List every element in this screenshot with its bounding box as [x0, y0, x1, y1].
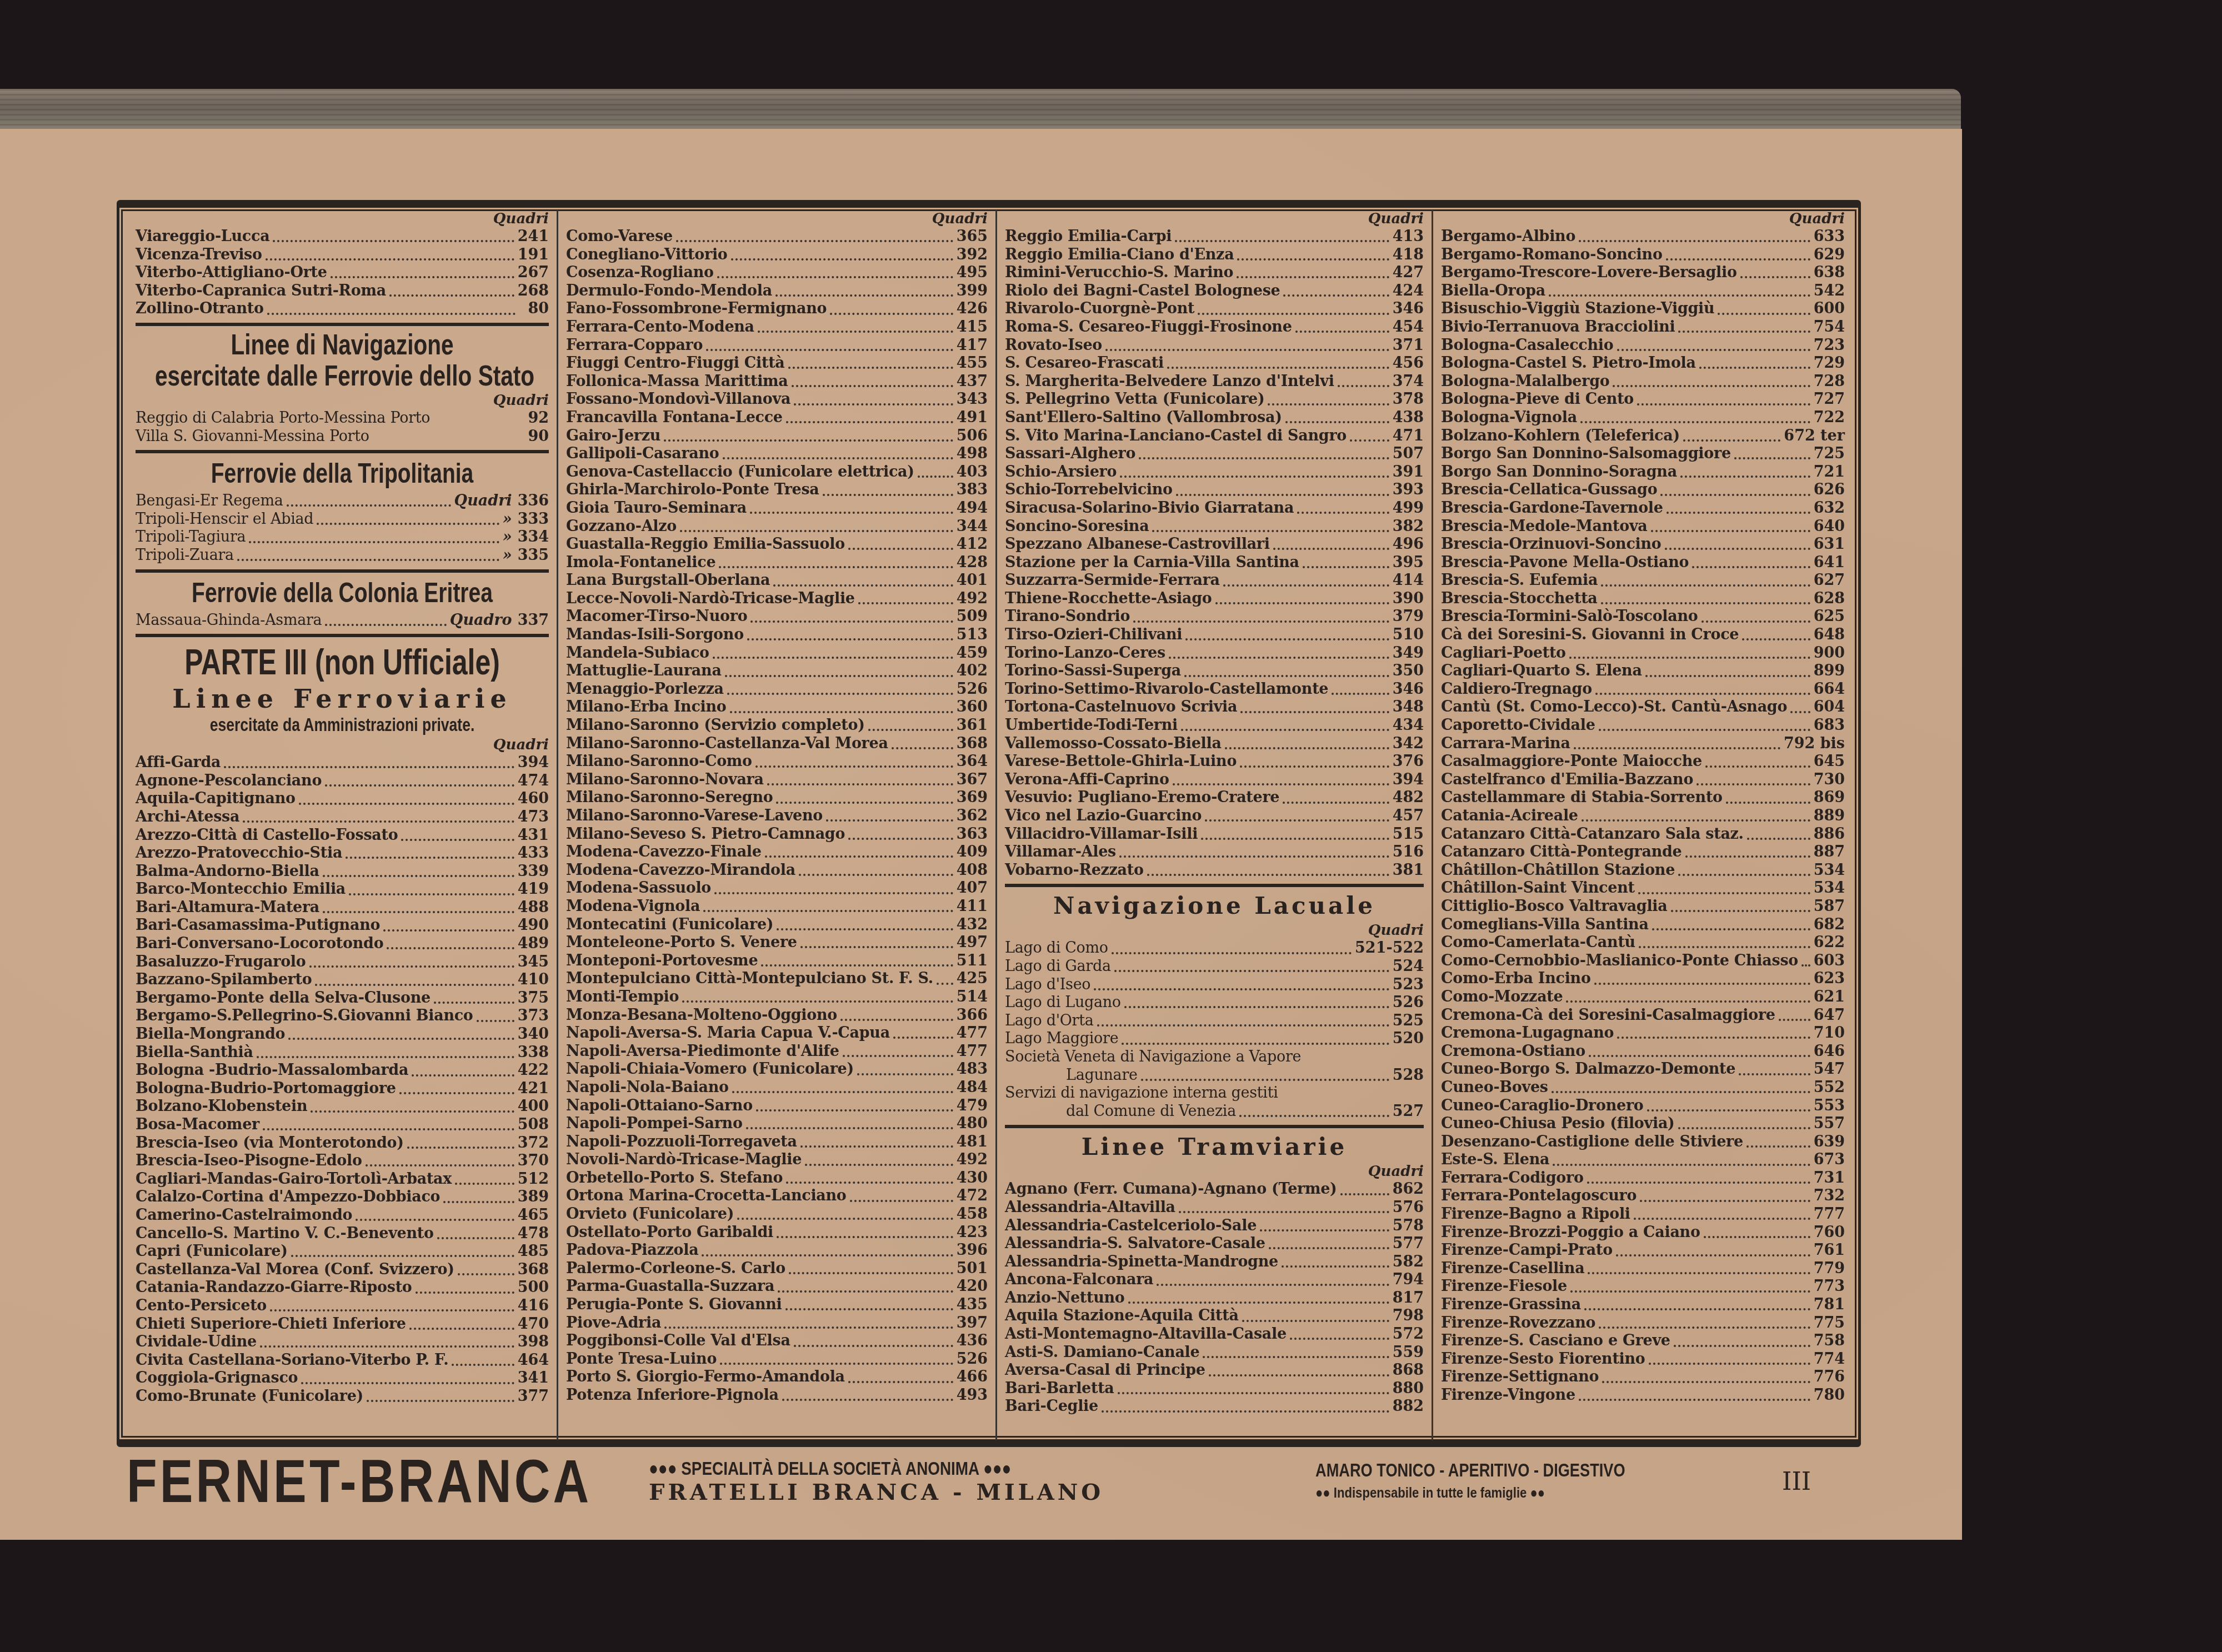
route-name: Montepulciano Città-Montepulciano St. F.…	[566, 970, 933, 988]
table-number: 868	[1393, 1361, 1424, 1380]
route-name: Roma-S. Cesareo-Fiuggi-Frosinone	[1005, 318, 1292, 337]
leader-dots	[409, 1328, 514, 1330]
index-entry: Poggibonsi-Colle Val d'Elsa436	[566, 1332, 988, 1350]
section-title-navigazione-lacuale: Navigazione Lacuale	[1005, 890, 1424, 922]
table-number: 335	[518, 547, 549, 565]
route-name: Bivio-Terranuova Bracciolini	[1441, 318, 1675, 337]
route-name: Tirano-Sondrio	[1005, 608, 1130, 626]
route-name: Catania-Acireale	[1441, 807, 1578, 825]
route-name: Dermulo-Fondo-Mendola	[566, 282, 772, 301]
route-name: Modena-Sassuolo	[566, 879, 711, 898]
table-number: 416	[518, 1297, 549, 1315]
table-number: 397	[957, 1314, 988, 1333]
table-number: 393	[1393, 481, 1424, 499]
route-name: Vallemosso-Cossato-Biella	[1005, 735, 1222, 753]
route-name: Sant'Ellero-Saltino (Vallombrosa)	[1005, 409, 1282, 427]
leader-dots	[311, 1110, 514, 1113]
table-number: 437	[957, 373, 988, 391]
leader-dots	[452, 1364, 514, 1366]
index-entry: Basaluzzo-Frugarolo345	[136, 953, 549, 972]
leader-dots	[868, 729, 953, 731]
index-entry: Rovato-Iseo371	[1005, 337, 1424, 355]
route-name: Caporetto-Cividale	[1441, 717, 1595, 735]
quadri-header: Quadri	[1005, 1163, 1424, 1180]
route-name: Genova-Castellaccio (Funicolare elettric…	[566, 463, 914, 482]
index-entry: Brescia-Gardone-Tavernole632	[1441, 499, 1845, 518]
leader-dots	[1268, 403, 1389, 406]
index-entry: Torino-Lanzo-Ceres349	[1005, 644, 1424, 663]
route-name: Brescia-Iseo-Pisogne-Edolo	[136, 1152, 362, 1170]
index-entry: Civita Castellana-Soriano-Viterbo P. F.4…	[136, 1351, 549, 1370]
table-number: 430	[957, 1169, 988, 1188]
index-entry: Vobarno-Rezzato381	[1005, 862, 1424, 880]
route-name: Società Veneta di Navigazione a Vapore	[1005, 1048, 1301, 1067]
index-entry: Cancello-S. Martino V. C.-Benevento478	[136, 1225, 549, 1243]
leader-dots	[1617, 1037, 1810, 1039]
table-number: 346	[1393, 300, 1424, 318]
leader-dots	[892, 747, 953, 749]
route-name: Aquila Stazione-Aquila Città	[1005, 1307, 1239, 1325]
index-entry: Porto S. Giorgio-Fermo-Amandola466	[566, 1368, 988, 1386]
leader-dots	[309, 965, 514, 968]
leader-dots	[267, 313, 516, 315]
route-name: Ferrara-Copparo	[566, 337, 703, 355]
index-entry: Villa S. Giovanni-Messina Porto90	[136, 428, 549, 446]
leader-dots	[1739, 1073, 1810, 1075]
index-entry: Châtillon-Châtillon Stazione534	[1441, 862, 1845, 880]
leader-dots	[366, 1164, 514, 1167]
route-name: Bergamo-Ponte della Selva-Clusone	[136, 989, 431, 1008]
leader-dots	[848, 838, 953, 840]
table-number: 627	[1814, 572, 1845, 590]
index-entry: Bologna-Vignola722	[1441, 409, 1845, 427]
route-name: Cantù (St. Como-Lecco)-St. Cantù-Asnago	[1441, 698, 1787, 717]
index-entry: Camerino-Castelraimondo465	[136, 1207, 549, 1225]
table-number: 754	[1814, 318, 1845, 337]
index-entry: Cuneo-Boves552	[1441, 1079, 1845, 1097]
leader-dots	[858, 602, 953, 604]
leader-dots	[1240, 765, 1389, 768]
index-entry: Archi-Atessa473	[136, 808, 549, 827]
table-number: 491	[957, 409, 988, 427]
route-name: Torino-Sassi-Superga	[1005, 662, 1181, 680]
index-entry: Milano-Saronno-Como364	[566, 753, 988, 771]
index-entry: Coggiola-Grignasco341	[136, 1369, 549, 1388]
table-number: 488	[518, 899, 549, 917]
index-entry: Lago di Lugano526	[1005, 994, 1424, 1012]
index-entry: Napoli-Pozzuoli-Torregaveta481	[566, 1133, 988, 1152]
index-entry: Napoli-Nola-Baiano484	[566, 1079, 988, 1097]
table-number: 672 ter	[1784, 427, 1845, 445]
route-name: Riolo dei Bagni-Castel Bolognese	[1005, 282, 1280, 301]
leader-dots	[1579, 240, 1810, 242]
table-number: 456	[1393, 354, 1424, 373]
index-entry: Rivarolo-Cuorgnè-Pont346	[1005, 300, 1424, 318]
route-name: Cremona-Ostiano	[1441, 1043, 1585, 1061]
table-number: 408	[957, 862, 988, 880]
index-entry: Lana Burgstall-Oberlana401	[566, 572, 988, 590]
table-number: 349	[1393, 644, 1424, 663]
route-name: Bergamo-S.Pellegrino-S.Giovanni Bianco	[136, 1007, 473, 1025]
index-entry: Lago di Garda524	[1005, 958, 1424, 976]
route-name: Cremona-Lugagnano	[1441, 1024, 1614, 1043]
section-divider	[1005, 1125, 1424, 1128]
table-number: 604	[1814, 698, 1845, 717]
route-name: Bologna-Pieve di Cento	[1441, 391, 1634, 409]
table-number: 481	[957, 1133, 988, 1152]
index-entry: Villacidro-Villamar-Isili515	[1005, 825, 1424, 844]
table-number: 528	[1393, 1067, 1424, 1085]
table-number: 340	[518, 1025, 549, 1044]
quadri-header: Quadri	[136, 736, 549, 754]
route-name: Zollino-Otranto	[136, 300, 264, 318]
index-entry: Thiene-Rocchette-Asiago390	[1005, 590, 1424, 608]
route-name: Orbetello-Porto S. Stefano	[566, 1169, 783, 1188]
leader-dots	[1602, 1381, 1810, 1383]
route-name: Villacidro-Villamar-Isili	[1005, 825, 1198, 844]
leader-dots	[785, 1308, 953, 1310]
route-name: Reggio Emilia-Carpi	[1005, 228, 1172, 246]
leader-dots	[401, 839, 514, 841]
route-name: Soncino-Soresina	[1005, 518, 1149, 536]
index-entry: Tripoli-Zuara»335	[136, 547, 549, 565]
leader-dots	[1094, 988, 1389, 990]
table-number: 647	[1814, 1007, 1845, 1025]
leader-dots	[843, 1055, 953, 1057]
index-entry: Verona-Affi-Caprino394	[1005, 771, 1424, 789]
leader-dots	[1201, 838, 1389, 840]
table-number: 682	[1814, 916, 1845, 934]
route-name: Cividale-Udine	[136, 1333, 257, 1351]
leader-dots	[1112, 952, 1352, 954]
index-entry: Vesuvio: Pugliano-Eremo-Cratere482	[1005, 789, 1424, 807]
table-number: 80	[519, 300, 549, 318]
table-number: 334	[518, 528, 549, 547]
table-number: 348	[1393, 698, 1424, 717]
table-number: 723	[1814, 337, 1845, 355]
leader-dots	[416, 1291, 514, 1294]
index-entry: Este-S. Elena673	[1441, 1151, 1845, 1169]
leader-dots	[1680, 475, 1810, 478]
route-name: Cuneo-Borgo S. Dalmazzo-Demonte	[1441, 1060, 1735, 1079]
route-name: Archi-Atessa	[136, 808, 239, 827]
route-name: Como-Varese	[566, 228, 673, 246]
table-number: 434	[1393, 717, 1424, 735]
index-entry: Barco-Montecchio Emilia419	[136, 880, 549, 899]
index-entry: Castellammare di Stabia-Sorrento869	[1441, 789, 1845, 807]
route-name: Châtillon-Saint Vincent	[1441, 879, 1635, 898]
leader-dots	[1747, 838, 1810, 840]
table-number: 381	[1393, 862, 1424, 880]
leader-dots	[1582, 819, 1810, 822]
index-entry: Bazzano-Spilamberto410	[136, 971, 549, 989]
table-number: 403	[957, 463, 988, 482]
index-entry: Lago di Como521-522	[1005, 939, 1424, 958]
leader-dots	[746, 1127, 953, 1129]
leader-dots	[273, 240, 514, 242]
index-entry: Soncino-Soresina382	[1005, 518, 1424, 536]
route-name: Firenze-Sesto Fiorentino	[1441, 1350, 1645, 1369]
table-number: 458	[957, 1205, 988, 1224]
leader-dots	[1225, 747, 1389, 749]
index-entry: Brescia-Tormini-Salò-Toscolano625	[1441, 608, 1845, 626]
quadri-header: Quadri	[136, 392, 549, 409]
route-name: Macomer-Tirso-Nuoro	[566, 608, 747, 626]
table-number: 641	[1814, 554, 1845, 572]
leader-dots	[800, 1145, 953, 1148]
leader-dots	[1638, 892, 1810, 894]
route-name: Bari-Altamura-Matera	[136, 899, 319, 917]
index-entry: Chieti Superiore-Chieti Inferiore470	[136, 1315, 549, 1334]
index-entry: Ostellato-Porto Garibaldi423	[566, 1224, 988, 1242]
table-number: 413	[1393, 228, 1424, 246]
route-name: Varese-Bettole-Ghirla-Luino	[1005, 753, 1237, 771]
route-name: Lago di Lugano	[1005, 994, 1121, 1012]
leader-dots	[1640, 1200, 1810, 1202]
table-number: 369	[957, 789, 988, 807]
table-number: 407	[957, 879, 988, 898]
index-entry: Orbetello-Porto S. Stefano430	[566, 1169, 988, 1188]
leader-dots	[664, 1326, 953, 1329]
table-number: 577	[1393, 1235, 1424, 1253]
table-number: 499	[1393, 499, 1424, 518]
table-number: 776	[1814, 1368, 1845, 1386]
table-number: 400	[518, 1098, 549, 1116]
index-entry: Vallemosso-Cossato-Biella342	[1005, 735, 1424, 753]
leader-dots	[1746, 1145, 1810, 1148]
ad-line-specialita: ●●● SPECIALITÀ DELLA SOCIETÀ ANONIMA ●●●	[649, 1458, 1195, 1480]
leader-dots	[1699, 367, 1810, 369]
route-name: Como-Erba Incino	[1441, 970, 1591, 988]
table-number: 526	[957, 680, 988, 699]
route-name: Bisuschio-Viggiù Stazione-Viggiù	[1441, 300, 1714, 318]
leader-dots	[1114, 970, 1389, 972]
table-number: 374	[1393, 373, 1424, 391]
index-entry: Brescia-Iseo-Pisogne-Edolo370	[136, 1152, 549, 1170]
leader-dots	[1303, 566, 1389, 568]
section-divider	[136, 569, 549, 573]
index-entry: Desenzano-Castiglione delle Stiviere639	[1441, 1133, 1845, 1152]
quadri-ref-label: Quadri	[454, 492, 512, 510]
index-entry: Bengasi-Er RegemaQuadri336	[136, 492, 549, 510]
route-name: Anzio-Nettuno	[1005, 1289, 1125, 1308]
route-name: Bolzano-Klobenstein	[136, 1098, 307, 1116]
index-entry: Tirano-Sondrio379	[1005, 608, 1424, 626]
leader-dots	[761, 964, 953, 967]
table-number: 344	[957, 518, 988, 536]
leader-dots	[1678, 331, 1810, 333]
route-name: Como-Camerlata-Cantù	[1441, 934, 1635, 952]
index-entry: Cremona-Cà dei Soresini-Casalmaggiore647	[1441, 1007, 1845, 1025]
leader-dots	[1692, 566, 1810, 568]
table-number: 392	[957, 246, 988, 264]
leader-dots	[455, 1183, 514, 1185]
index-entry: Firenze-Grassina781	[1441, 1296, 1845, 1314]
route-name: Bari-Barletta	[1005, 1380, 1114, 1398]
table-number: 438	[1393, 409, 1424, 427]
index-entry: Modena-Vignola411	[566, 898, 988, 916]
index-entry: Bari-Casamassima-Putignano490	[136, 917, 549, 935]
index-entry: Modena-Sassuolo407	[566, 879, 988, 898]
leader-dots	[1665, 548, 1810, 550]
leader-dots	[1237, 276, 1389, 278]
leader-dots	[937, 983, 953, 985]
index-entry: Catania-Acireale889	[1441, 807, 1845, 825]
table-number: 390	[1393, 590, 1424, 608]
route-name: Napoli-Chiaia-Vomero (Funicolare)	[566, 1060, 854, 1079]
leader-dots	[1652, 928, 1810, 930]
table-number: 473	[518, 808, 549, 827]
table-number: 268	[518, 282, 549, 301]
route-name: Servizi di navigazione interna gestiti	[1005, 1084, 1278, 1103]
leader-dots	[1701, 620, 1810, 623]
table-number: 886	[1814, 825, 1845, 844]
index-entry: Ferrara-Codigoro731	[1441, 1169, 1845, 1188]
leader-dots	[1579, 1399, 1810, 1401]
index-entry: Milano-Saronno-Novara367	[566, 771, 988, 789]
table-number: 427	[1393, 264, 1424, 282]
index-entry: Firenze-Casellina779	[1441, 1260, 1845, 1278]
table-number: 633	[1814, 228, 1845, 246]
table-number: 600	[1814, 300, 1845, 318]
index-entry: Suzzarra-Sermide-Ferrara414	[1005, 572, 1424, 590]
index-entry: Cremona-Lugagnano710	[1441, 1024, 1845, 1043]
route-name: Lago d'Iseo	[1005, 976, 1090, 994]
index-entry: Fano-Fossombrone-Fermignano426	[566, 300, 988, 318]
table-number: 422	[518, 1062, 549, 1080]
index-entry: Mandela-Subiaco459	[566, 644, 988, 663]
leader-dots	[412, 1074, 514, 1077]
leader-dots	[1742, 638, 1810, 640]
leader-dots	[773, 584, 953, 587]
leader-dots	[1240, 711, 1389, 713]
table-number: 524	[1393, 958, 1424, 976]
table-number: 432	[957, 916, 988, 934]
table-number: 417	[957, 337, 988, 355]
index-entry: S. Cesareo-Frascati456	[1005, 354, 1424, 373]
index-entry: Firenze-Bagno a Ripoli777	[1441, 1205, 1845, 1224]
route-name: Guastalla-Reggio Emilia-Sassuolo	[566, 535, 845, 554]
table-number: 336	[518, 492, 549, 510]
leader-dots	[1173, 783, 1389, 785]
route-name: Menaggio-Porlezza	[566, 680, 724, 699]
leader-dots	[1147, 874, 1389, 876]
table-number: 534	[1814, 862, 1845, 880]
table-number: 490	[518, 917, 549, 935]
index-entry: Castellanza-Val Morea (Conf. Svizzero)36…	[136, 1261, 549, 1279]
leader-dots	[1285, 421, 1389, 423]
table-number: 398	[518, 1333, 549, 1351]
route-name: Sassari-Alghero	[1005, 445, 1135, 463]
leader-dots	[1734, 457, 1810, 459]
leader-dots	[1209, 1374, 1389, 1376]
leader-dots	[387, 947, 514, 949]
index-entry: Potenza Inferiore-Pignola493	[566, 1386, 988, 1405]
leader-dots	[719, 566, 953, 568]
route-name: Alessandria-Spinetta-Mandrogne	[1005, 1253, 1278, 1271]
leader-dots	[717, 276, 953, 278]
index-entry: Parma-Guastalla-Suzzara420	[566, 1278, 988, 1296]
ad-line-indispensabile: ●● Indispensabile in tutte le famiglie ●…	[1315, 1481, 1703, 1504]
route-name: Agnano (Ferr. Cumana)-Agnano (Terme)	[1005, 1180, 1337, 1199]
index-entry: Borgo San Donnino-Soragna721	[1441, 463, 1845, 482]
route-name: Novoli-Nardò-Tricase-Maglie	[566, 1151, 802, 1169]
route-name: Firenze-Brozzi-Poggio a Caiano	[1441, 1224, 1700, 1242]
quadri-ref-label: »	[503, 528, 512, 547]
index-entry: Viterbo-Attigliano-Orte267	[136, 264, 549, 282]
leader-dots	[805, 1164, 953, 1166]
index-entry: Brescia-Medole-Mantova640	[1441, 518, 1845, 536]
route-name: Como-Brunate (Funicolare)	[136, 1388, 363, 1406]
table-number: 727	[1814, 391, 1845, 409]
table-number: 362	[957, 807, 988, 825]
route-name: Ferrara-Codigoro	[1441, 1169, 1584, 1188]
route-name: Padova-Piazzola	[566, 1241, 698, 1260]
index-entry: Piove-Adria397	[566, 1314, 988, 1333]
route-name: Poggibonsi-Colle Val d'Elsa	[566, 1332, 790, 1350]
route-name: Ponte Tresa-Luino	[566, 1350, 717, 1369]
table-number: 760	[1814, 1224, 1845, 1242]
table-number: 496	[1393, 535, 1424, 554]
leader-dots	[792, 385, 953, 387]
route-name: Firenze-Vingone	[1441, 1386, 1575, 1405]
leader-dots	[266, 258, 514, 261]
index-entry: Schio-Arsiero391	[1005, 463, 1424, 482]
table-number: 459	[957, 644, 988, 663]
leader-dots	[1678, 1127, 1810, 1129]
index-entry: Caporetto-Cividale683	[1441, 717, 1845, 735]
route-name: Thiene-Rocchette-Asiago	[1005, 590, 1212, 608]
table-number: 365	[957, 228, 988, 246]
table-number: 501	[957, 1260, 988, 1278]
table-number: 474	[518, 772, 549, 790]
leader-dots	[788, 367, 953, 369]
route-name: Catania-Randazzo-Giarre-Riposto	[136, 1279, 412, 1297]
leader-dots	[237, 559, 499, 561]
table-number: 337	[518, 612, 549, 630]
leader-dots	[1152, 530, 1389, 532]
route-name: Este-S. Elena	[1441, 1151, 1549, 1169]
table-number: 376	[1393, 753, 1424, 771]
table-number: 553	[1814, 1097, 1845, 1115]
route-name: Cagliari-Poetto	[1441, 644, 1566, 663]
table-number: 370	[518, 1152, 549, 1170]
leader-dots	[800, 946, 953, 948]
route-name: Cittiglio-Bosco Valtravaglia	[1441, 898, 1668, 916]
leader-dots	[1617, 349, 1810, 351]
route-name: Piove-Adria	[566, 1314, 661, 1333]
route-name: Bergamo-Albino	[1441, 228, 1575, 246]
route-name: Milano-Saronno-Como	[566, 753, 752, 771]
index-entry: Milano-Saronno (Servizio completo)361	[566, 717, 988, 735]
index-entry: Milano-Saronno-Seregno369	[566, 789, 988, 807]
index-entry: Tirso-Ozieri-Chilivani510	[1005, 626, 1424, 644]
leader-dots	[1651, 530, 1810, 532]
leader-dots	[723, 457, 953, 459]
table-number: 497	[957, 934, 988, 952]
index-entry: Asti-S. Damiano-Canale559	[1005, 1344, 1424, 1362]
index-entry: Alessandria-Castelceriolo-Sale578	[1005, 1217, 1424, 1235]
index-entry: Cento-Persiceto416	[136, 1297, 549, 1315]
linee-ferroviarie-title: Linee Ferroviarie	[136, 684, 549, 714]
table-number: 394	[518, 754, 549, 772]
table-number: 343	[957, 391, 988, 409]
leader-dots	[346, 857, 514, 859]
table-number: 773	[1814, 1278, 1845, 1296]
route-name: Imola-Fontanelice	[566, 554, 715, 572]
table-number: 498	[957, 445, 988, 463]
route-name: Monti-Tempio	[566, 988, 679, 1007]
